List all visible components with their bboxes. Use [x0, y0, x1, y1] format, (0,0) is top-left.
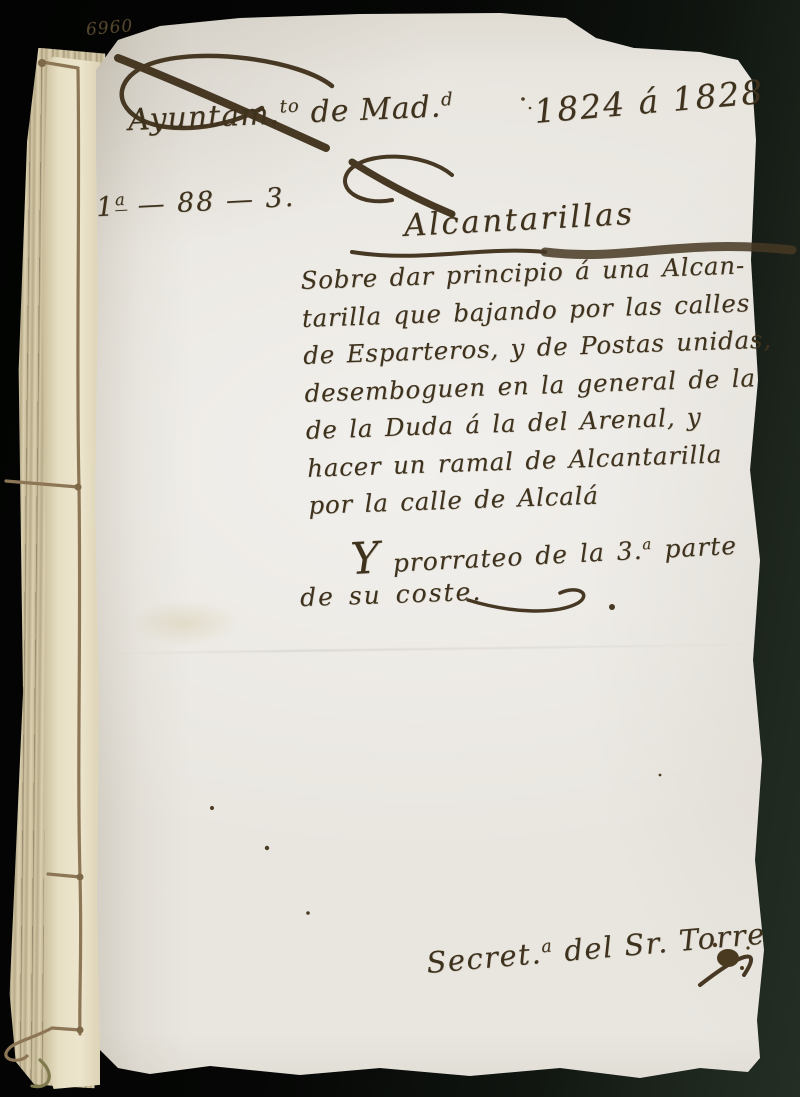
header-mid: de Mad. — [299, 89, 442, 130]
reference-num: 1 — [95, 191, 116, 223]
header-superscript-to: to — [279, 96, 300, 118]
summary-paragraph: Sobre dar principio á una Alcan- tarilla… — [300, 245, 787, 524]
header-main: Ayuntam. — [127, 96, 280, 138]
catalog-number: 6960 — [85, 16, 134, 40]
paper-stain — [130, 600, 240, 646]
addendum-post: parte — [652, 531, 738, 564]
manuscript-scan: 6960 Ayuntam.to de Mad.d 1824 á 1828 1a … — [0, 0, 800, 1097]
binding-spine — [42, 56, 100, 1089]
header-superscript-d: d — [441, 89, 454, 111]
